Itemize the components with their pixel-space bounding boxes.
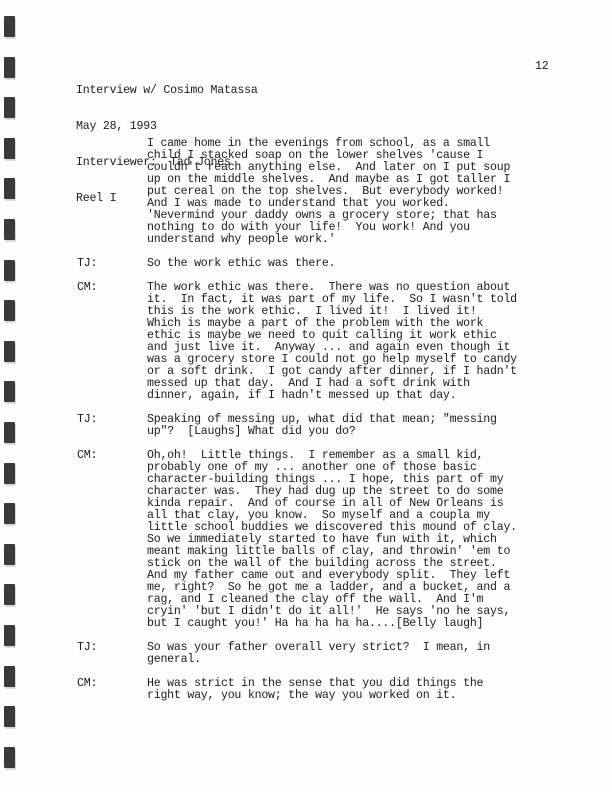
transcript-page: Interview w/ Cosimo Matassa May 28, 1993… <box>0 0 612 792</box>
binding-hole <box>4 57 15 78</box>
header-date: May 28, 1993 <box>76 121 258 133</box>
utterance: He was strict in the sense that you did … <box>147 678 587 702</box>
binding-hole <box>4 422 15 443</box>
utterance: I came home in the evenings from school,… <box>147 138 587 246</box>
binding-hole <box>4 341 15 362</box>
speaker-label: CM: <box>77 282 97 294</box>
utterance-line: right way, you know; the way you worked … <box>147 690 587 702</box>
speaker-label: TJ: <box>77 642 97 654</box>
transcript-turn: I came home in the evenings from school,… <box>77 138 587 246</box>
utterance-line: but I caught you!' Ha ha ha ha ha....[Be… <box>147 618 587 630</box>
binding-holes <box>4 0 20 792</box>
utterance-line: understand why people work.' <box>147 234 587 246</box>
utterance: Speaking of messing up, what did that me… <box>147 414 587 438</box>
binding-hole <box>4 503 15 524</box>
transcript-turn: TJ:So was your father overall very stric… <box>77 642 587 666</box>
binding-hole <box>4 666 15 687</box>
speaker-label: TJ: <box>77 258 97 270</box>
binding-hole <box>4 138 15 159</box>
binding-hole <box>4 381 15 402</box>
transcript-turn: CM:The work ethic was there. There was n… <box>77 282 587 402</box>
speaker-label: CM: <box>77 450 97 462</box>
binding-hole <box>4 219 15 240</box>
page-number: 12 <box>535 61 548 73</box>
speaker-label: CM: <box>77 678 97 690</box>
binding-hole <box>4 747 15 768</box>
binding-hole <box>4 544 15 565</box>
binding-hole <box>4 706 15 727</box>
utterance: Oh,oh! Little things. I remember as a sm… <box>147 450 587 630</box>
binding-hole <box>4 584 15 605</box>
utterance-line: general. <box>147 654 587 666</box>
header-title: Interview w/ Cosimo Matassa <box>76 85 258 97</box>
utterance-line: up"? [Laughs] What did you do? <box>147 426 587 438</box>
speaker-label: TJ: <box>77 414 97 426</box>
utterance-line: So was your father overall very strict? … <box>147 642 587 654</box>
transcript-turn: TJ:Speaking of messing up, what did that… <box>77 414 587 438</box>
transcript-turn: CM:Oh,oh! Little things. I remember as a… <box>77 450 587 630</box>
binding-hole <box>4 463 15 484</box>
utterance: So was your father overall very strict? … <box>147 642 587 666</box>
utterance: The work ethic was there. There was no q… <box>147 282 587 402</box>
transcript-turn: TJ:So the work ethic was there. <box>77 258 587 270</box>
binding-hole <box>4 97 15 118</box>
binding-hole <box>4 178 15 199</box>
binding-hole <box>4 625 15 646</box>
binding-hole <box>4 260 15 281</box>
utterance-line: dinner, again, if I hadn't messed up tha… <box>147 390 587 402</box>
transcript-body: I came home in the evenings from school,… <box>77 138 587 714</box>
transcript-turn: CM:He was strict in the sense that you d… <box>77 678 587 702</box>
utterance: So the work ethic was there. <box>147 258 587 270</box>
utterance-line: So the work ethic was there. <box>147 258 587 270</box>
binding-hole <box>4 300 15 321</box>
binding-hole <box>4 16 15 37</box>
